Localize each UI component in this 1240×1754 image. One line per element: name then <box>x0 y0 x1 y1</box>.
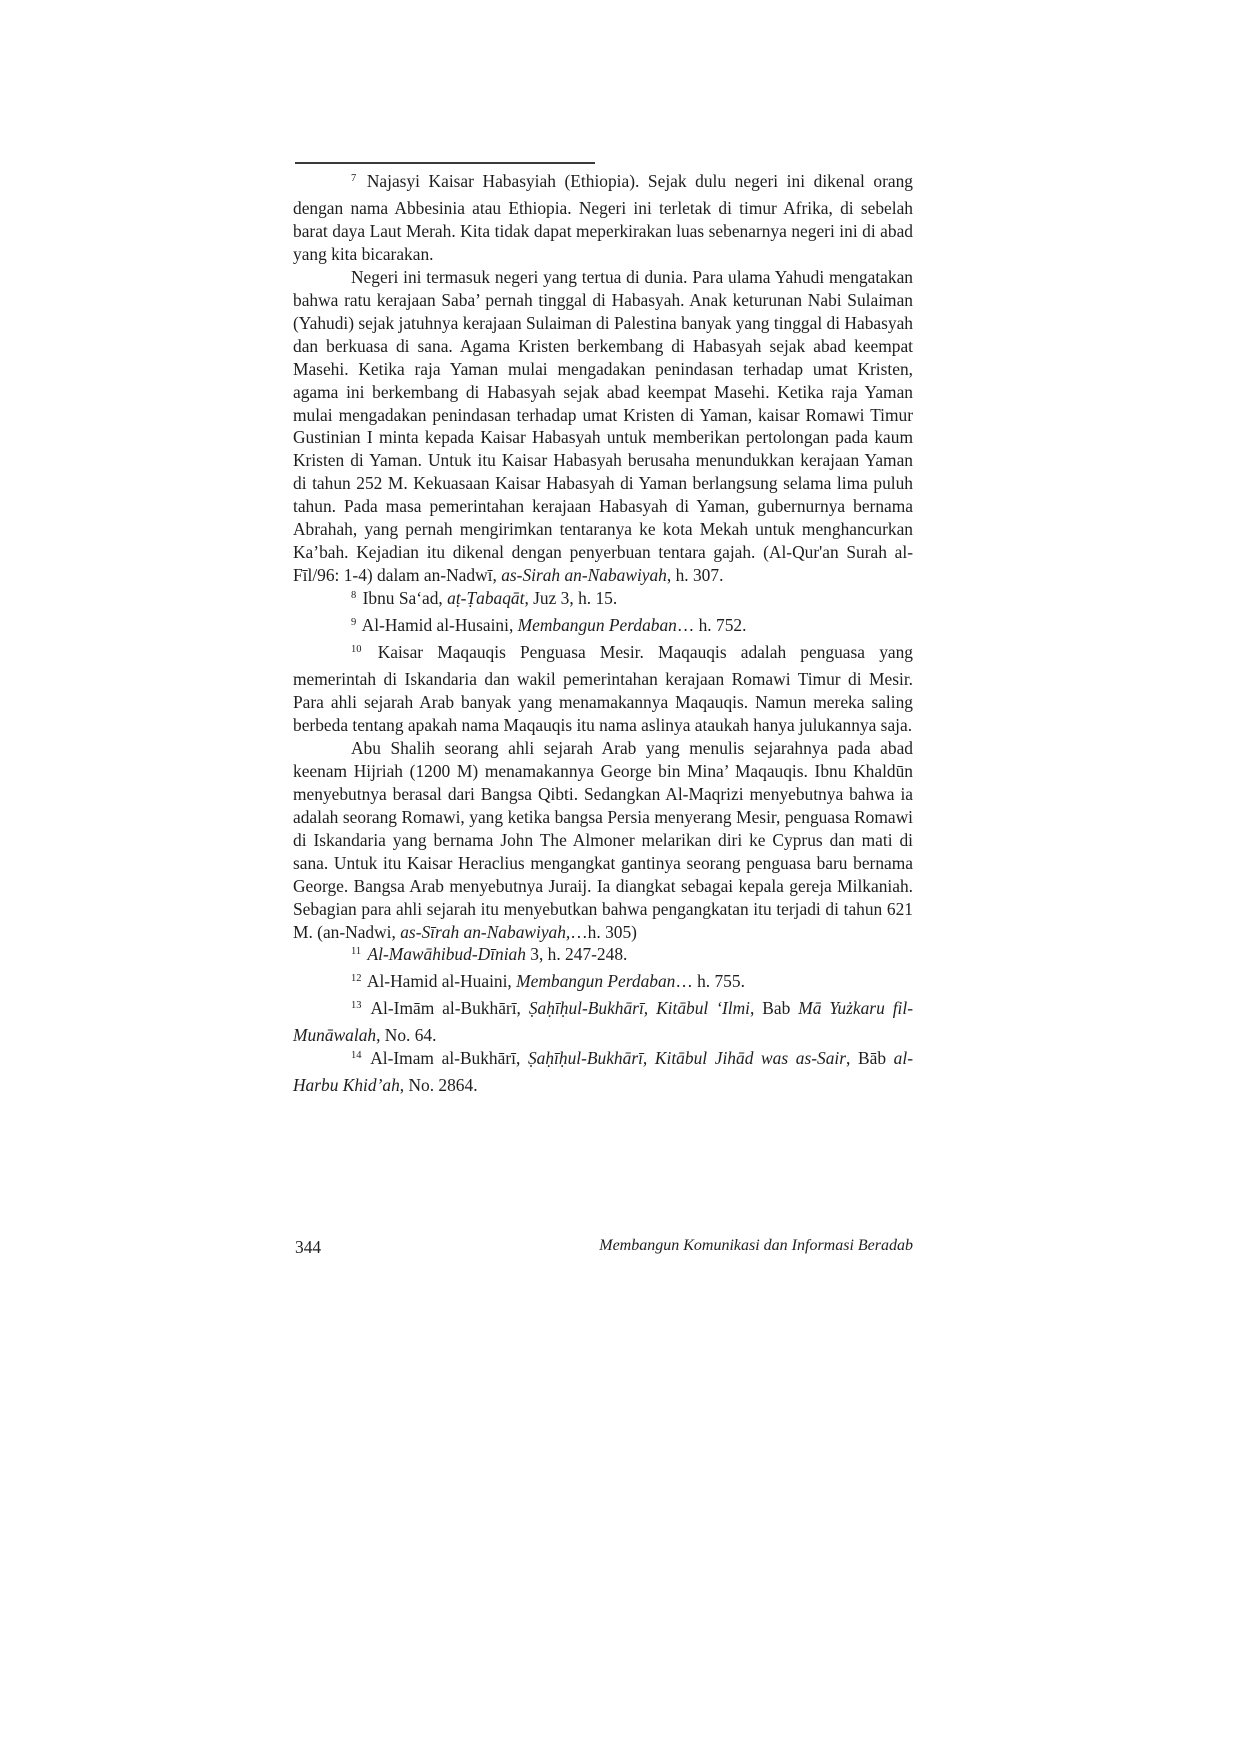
citation-page: …h. 305) <box>570 922 637 942</box>
footnote-number: 12 <box>351 973 362 984</box>
citation-connector: , Bāb <box>846 1048 894 1068</box>
footnote-number: 13 <box>351 1000 362 1011</box>
citation-page: 3, h. 247-248. <box>526 944 627 964</box>
citation-author: Al-Hamid al-Huaini, <box>367 971 516 991</box>
citation-title: Ṣaḥīḥul-Bukhārī, Kitābul Jihād was as-Sa… <box>528 1048 846 1068</box>
citation-title: as-Sīrah an-Nabawiyah, <box>400 922 570 942</box>
footnote-text: Abu Shalih seorang ahli sejarah Arab yan… <box>293 738 913 942</box>
citation-title: Al-Mawāhibud-Dīniah <box>367 944 525 964</box>
running-title: Membangun Komunikasi dan Informasi Berad… <box>599 1237 913 1255</box>
footnote-10: 10 Kaisar Maqauqis Penguasa Mesir. Maqau… <box>293 641 913 737</box>
citation-author: Al-Imam al-Bukhārī, <box>370 1048 528 1068</box>
footnote-text: Kaisar Maqauqis Penguasa Mesir. Maqauqis… <box>293 642 913 735</box>
footnote-number: 11 <box>351 946 361 957</box>
page-number: 344 <box>295 1237 321 1258</box>
footnote-number: 10 <box>351 644 362 655</box>
footnote-number: 8 <box>351 590 356 601</box>
citation-author: Al-Imām al-Bukhārī, <box>370 998 528 1018</box>
citation-title: as-Sirah an-Nabawiyah <box>501 565 667 585</box>
citation-page: , No. 64. <box>376 1025 436 1045</box>
citation-title: Ṣaḥīḥul-Bukhārī, Kitābul ‘Ilmi <box>529 998 750 1018</box>
citation-page: , Juz 3, h. 15. <box>524 588 617 608</box>
citation-page: , No. 2864. <box>400 1075 478 1095</box>
footnotes-section: 7 Najasyi Kaisar Habasyiah (Ethiopia). S… <box>293 170 913 1097</box>
citation-title: aṭ-Ṭabaqāt <box>447 588 524 608</box>
footnote-12: 12 Al-Hamid al-Huaini, Membangun Perdaba… <box>293 970 913 997</box>
citation-page: … h. 752. <box>677 615 747 635</box>
footnote-separator-rule <box>295 162 595 164</box>
footnote-11: 11 Al-Mawāhibud-Dīniah 3, h. 247-248. <box>293 943 913 970</box>
footnote-13: 13 Al-Imām al-Bukhārī, Ṣaḥīḥul-Bukhārī, … <box>293 997 913 1047</box>
page-footer: 344 Membangun Komunikasi dan Informasi B… <box>293 1237 913 1261</box>
footnote-number: 14 <box>351 1050 362 1061</box>
footnote-number: 7 <box>351 173 356 184</box>
citation-page: , h. 307. <box>667 565 724 585</box>
footnote-10-continuation: Abu Shalih seorang ahli sejarah Arab yan… <box>293 737 913 944</box>
footnote-text: Najasyi Kaisar Habasyiah (Ethiopia). Sej… <box>293 171 913 264</box>
footnote-8: 8 Ibnu Sa‘ad, aṭ-Ṭabaqāt, Juz 3, h. 15. <box>293 587 913 614</box>
footnote-7-continuation: Negeri ini termasuk negeri yang tertua d… <box>293 266 913 587</box>
footnote-7: 7 Najasyi Kaisar Habasyiah (Ethiopia). S… <box>293 170 913 266</box>
footnote-9: 9 Al-Hamid al-Husaini, Membangun Perdaba… <box>293 614 913 641</box>
footnote-number: 9 <box>351 617 356 628</box>
citation-connector: , Bab <box>750 998 798 1018</box>
citation-title: Membangun Perdaban <box>518 615 677 635</box>
footnote-text: Negeri ini termasuk negeri yang tertua d… <box>293 267 913 585</box>
citation-title: Membangun Perdaban <box>516 971 675 991</box>
citation-author: Ibnu Sa‘ad, <box>363 588 448 608</box>
footnote-14: 14 Al-Imam al-Bukhārī, Ṣaḥīḥul-Bukhārī, … <box>293 1047 913 1097</box>
citation-page: … h. 755. <box>675 971 745 991</box>
citation-author: Al-Hamid al-Husaini, <box>362 615 518 635</box>
